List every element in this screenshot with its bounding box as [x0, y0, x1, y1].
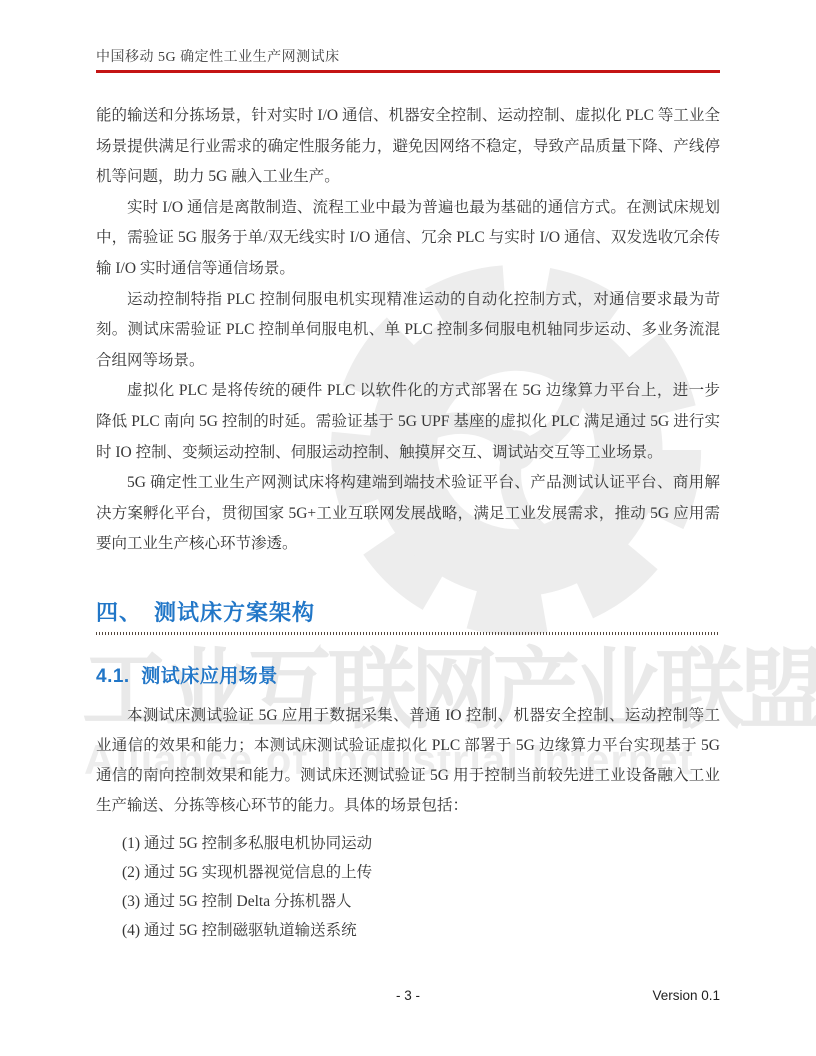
body-paragraph: 运动控制特指 PLC 控制伺服电机实现精准运动的自动化控制方式，对通信要求最为苛… [96, 285, 720, 377]
footer-page-number: - 3 - [96, 988, 720, 1003]
body-paragraph: 虚拟化 PLC 是将传统的硬件 PLC 以软件化的方式部署在 5G 边缘算力平台… [96, 376, 720, 468]
body-paragraph: 本测试床测试验证 5G 应用于数据采集、普通 IO 控制、机器安全控制、运动控制… [96, 701, 720, 821]
scenario-list: (1) 通过 5G 控制多私服电机协同运动 (2) 通过 5G 实现机器视觉信息… [96, 829, 720, 945]
header-title: 中国移动 5G 确定性工业生产网测试床 [96, 46, 720, 66]
header-rule [96, 70, 720, 73]
body-paragraph: 5G 确定性工业生产网测试床将构建端到端技术验证平台、产品测试认证平台、商用解决… [96, 468, 720, 560]
section-heading: 四、 测试床方案架构 [96, 596, 720, 635]
page-content: 中国移动 5G 确定性工业生产网测试床 能的输送和分拣场景，针对实时 I/O 通… [0, 0, 816, 945]
subsection-heading: 4.1. 测试床应用场景 [96, 661, 720, 688]
list-item: (2) 通过 5G 实现机器视觉信息的上传 [122, 858, 720, 887]
list-item: (3) 通过 5G 控制 Delta 分拣机器人 [122, 887, 720, 916]
body-text: 能的输送和分拣场景，针对实时 I/O 通信、机器安全控制、运动控制、虚拟化 PL… [96, 101, 720, 945]
page-footer: - 3 - Version 0.1 [96, 988, 720, 1006]
list-item: (4) 通过 5G 控制磁驱轨道输送系统 [122, 916, 720, 945]
body-paragraph: 能的输送和分拣场景，针对实时 I/O 通信、机器安全控制、运动控制、虚拟化 PL… [96, 101, 720, 193]
document-page: 工业互联网产业联盟 Alliance of Industrial Interne… [0, 0, 816, 1056]
list-item: (1) 通过 5G 控制多私服电机协同运动 [122, 829, 720, 858]
page-header: 中国移动 5G 确定性工业生产网测试床 [96, 46, 720, 73]
body-paragraph: 实时 I/O 通信是离散制造、流程工业中最为普遍也最为基础的通信方式。在测试床规… [96, 193, 720, 285]
footer-version: Version 0.1 [652, 988, 720, 1003]
